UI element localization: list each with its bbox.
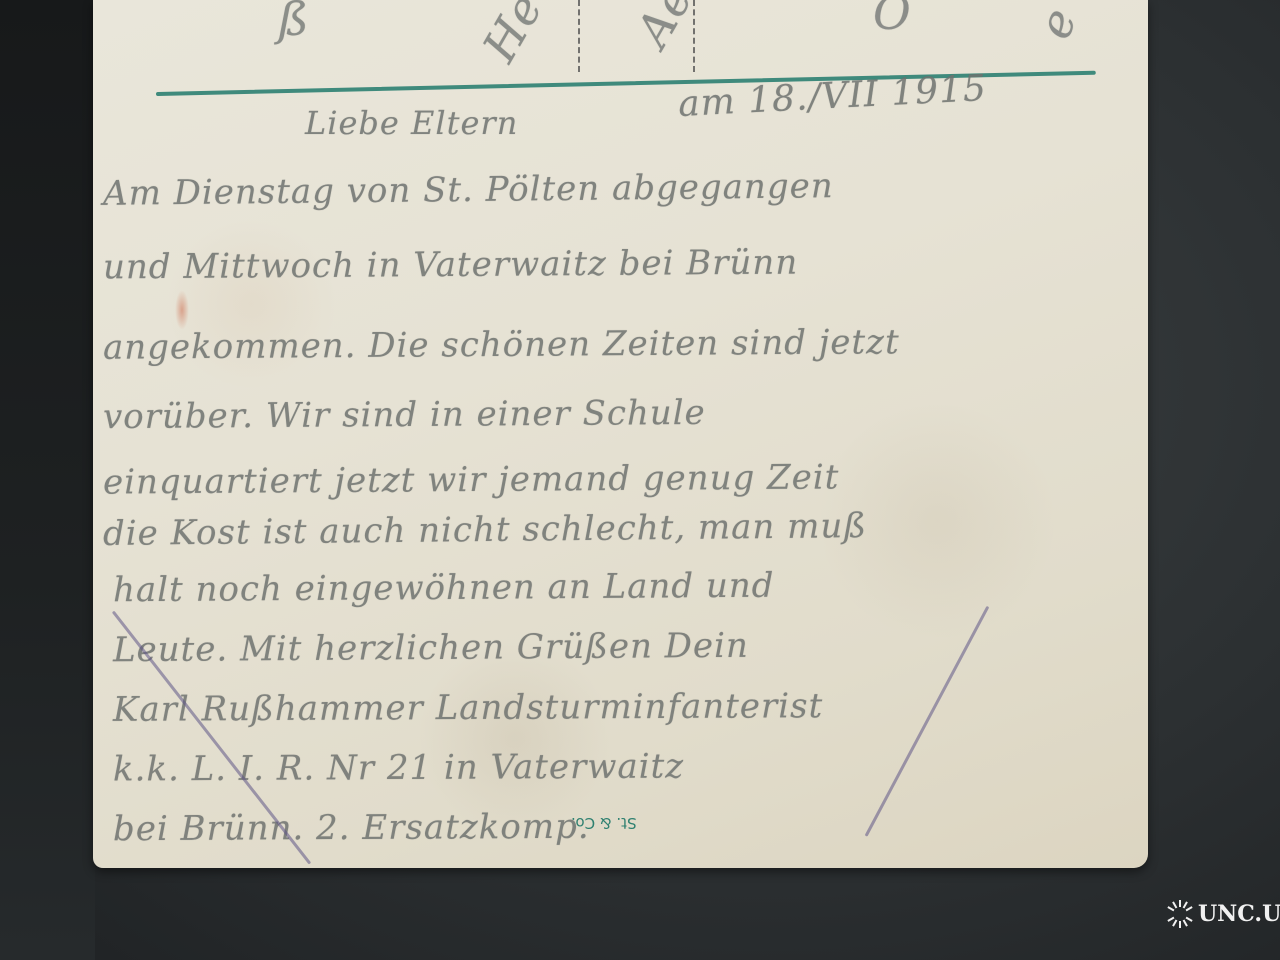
printer-mark: St. & Co. bbox=[571, 814, 637, 832]
letter-line: die Kost ist auch nicht schlecht, man mu… bbox=[103, 506, 867, 554]
rust-stain bbox=[175, 290, 189, 330]
address-fragment: O bbox=[873, 0, 912, 40]
letter-line: bei Brünn. 2. Ersatzkomp. bbox=[113, 807, 590, 849]
letter-line: und Mittwoch in Vaterwaitz bei Brünn bbox=[103, 243, 798, 288]
letter-line: Am Dienstag von St. Pölten abgegangen bbox=[103, 166, 834, 214]
letter-line: angekommen. Die schönen Zeiten sind jetz… bbox=[103, 322, 900, 368]
watermark: UNC.UA bbox=[1166, 900, 1280, 928]
salutation: Liebe Eltern bbox=[305, 104, 518, 142]
address-fragment: ß bbox=[278, 0, 310, 46]
letter-date: am 18./VII 1915 bbox=[677, 68, 988, 125]
letter-line: Leute. Mit herzlichen Grüßen Dein bbox=[113, 626, 749, 670]
address-fragment: He bbox=[472, 0, 553, 71]
letter-line: einquartiert jetzt wir jemand genug Zeit bbox=[103, 457, 840, 502]
cancellation-stroke bbox=[865, 606, 990, 837]
stamp-divider-dotted-line bbox=[578, 0, 580, 72]
dark-surface bbox=[0, 0, 95, 960]
sunburst-icon bbox=[1166, 900, 1194, 928]
postcard: ß He Ae O e Liebe Eltern am 18./VII 1915… bbox=[93, 0, 1148, 868]
letter-line: k.k. L. I. R. Nr 21 in Vaterwaitz bbox=[113, 747, 684, 790]
watermark-text: UNC.UA bbox=[1198, 901, 1280, 927]
letter-line: vorüber. Wir sind in einer Schule bbox=[103, 393, 706, 437]
letter-line: halt noch eingewöhnen an Land und bbox=[113, 566, 775, 611]
letter-line: Karl Rußhammer Landsturminfanterist bbox=[113, 686, 823, 730]
address-fragment: e bbox=[1027, 0, 1087, 45]
address-fragment: Ae bbox=[625, 0, 703, 56]
